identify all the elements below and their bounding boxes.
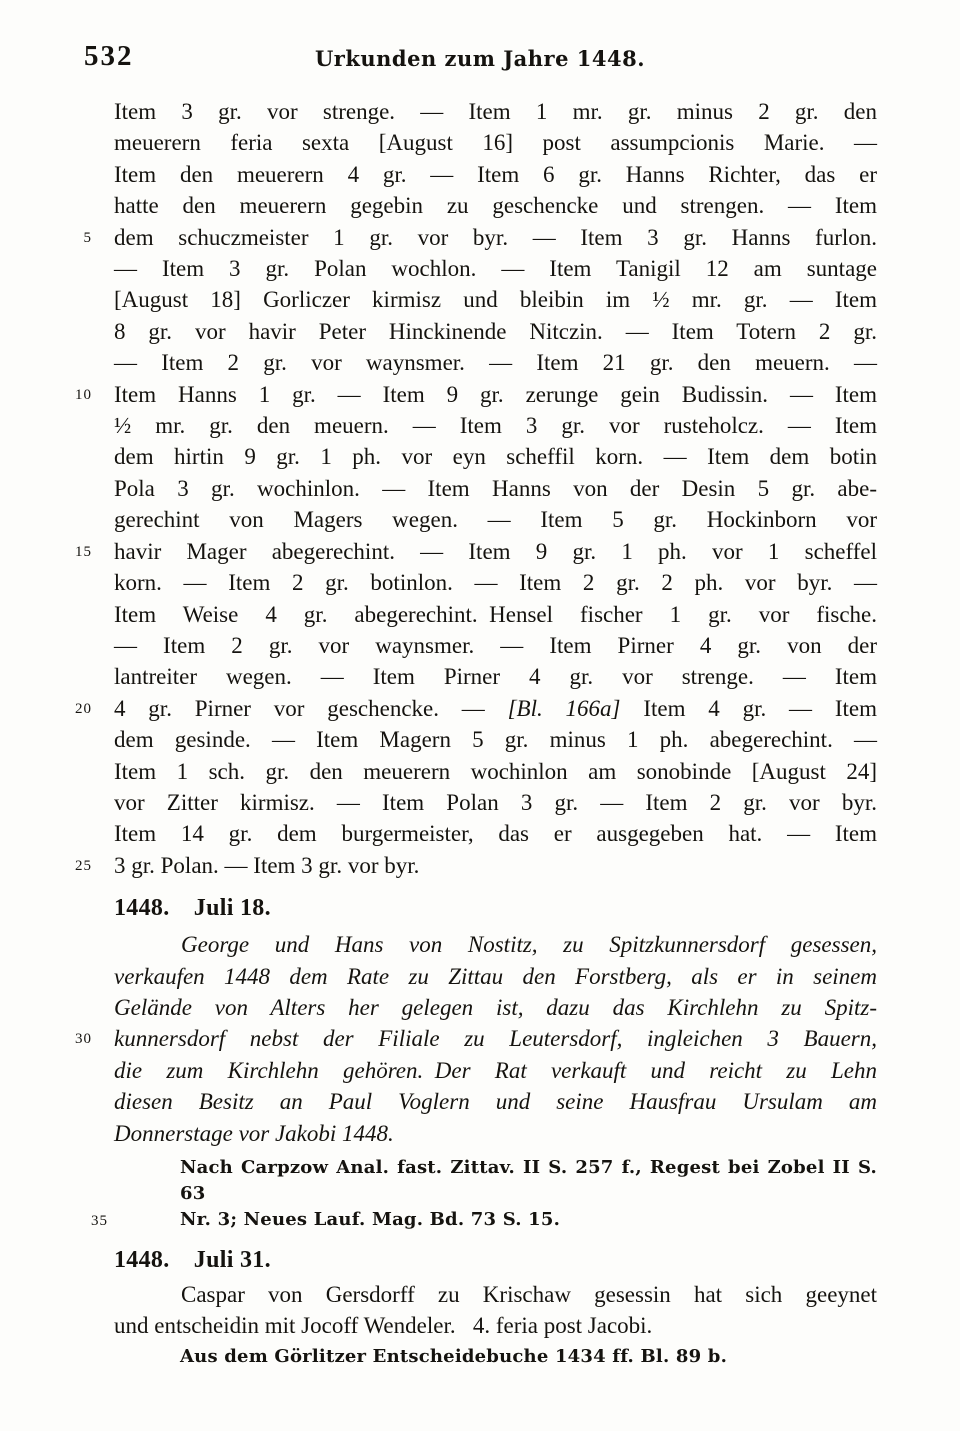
line-text: — Item 3 gr. Polan wochlon. — Item Tanig… <box>114 256 877 281</box>
entry-date-heading-juli-31: 1448. Juli 31. <box>114 1245 877 1275</box>
line-text: 3 gr. Polan. — Item 3 gr. vor byr. <box>114 853 419 878</box>
line-text: hatte den meuerern gegebin zu geschencke… <box>114 193 877 218</box>
margin-line-number: 20 <box>75 694 92 725</box>
line-text: havir Mager abegerechint. — Item 9 gr. 1… <box>114 539 877 564</box>
text-line: — Item 2 gr. vor waynsmer. — Item Pirner… <box>114 630 877 661</box>
text-line: Item Weise 4 gr. abegerechint. Hensel fi… <box>114 599 877 630</box>
entry-juli31-source-note: Aus dem Görlitzer Entscheidebuche 1434 f… <box>180 1344 877 1370</box>
text-line: korn. — Item 2 gr. botinlon. — Item 2 gr… <box>114 567 877 598</box>
line-text: dem schuczmeister 1 gr. vor byr. — Item … <box>114 225 877 250</box>
text-line: dem gesinde. — Item Magern 5 gr. minus 1… <box>114 724 877 755</box>
line-text: gerechint von Magers wegen. — Item 5 gr.… <box>114 507 877 532</box>
margin-line-number: 25 <box>75 851 92 882</box>
line-text: Item 1 sch. gr. den meuerern wochinlon a… <box>114 759 877 784</box>
line-text: kunnersdorf nebst der Filiale zu Leuters… <box>114 1026 877 1051</box>
text-line: hatte den meuerern gegebin zu geschencke… <box>114 190 877 221</box>
line-text: Gelände von Alters her gelegen ist, dazu… <box>114 995 877 1020</box>
text-line: Caspar von Gersdorff zu Krischaw gesessi… <box>114 1279 877 1310</box>
text-line: vor Zitter kirmisz. — Item Polan 3 gr. —… <box>114 787 877 818</box>
text-line: George und Hans von Nostitz, zu Spitzkun… <box>114 929 877 960</box>
text-line: Item den meuerern 4 gr. — Item 6 gr. Han… <box>114 159 877 190</box>
margin-line-number: 35 <box>91 1208 108 1234</box>
line-text: Aus dem Görlitzer Entscheidebuche 1434 f… <box>180 1346 727 1367</box>
text-line: lantreiter wegen. — Item Pirner 4 gr. vo… <box>114 661 877 692</box>
text-line: diesen Besitz an Paul Voglern und seine … <box>114 1086 877 1117</box>
text-line: Item 14 gr. dem burgermeister, das er au… <box>114 818 877 849</box>
text-line: 8 gr. vor havir Peter Hinckinende Nitczi… <box>114 316 877 347</box>
entry-juli18-source-note: Nach Carpzow Anal. fast. Zittav. II S. 2… <box>180 1155 877 1233</box>
text-line: ½ mr. gr. den meuern. — Item 3 gr. vor r… <box>114 410 877 441</box>
line-text: [August 18] Gorliczer kirmisz und bleibi… <box>114 287 877 312</box>
running-title: Urkunden zum Jahre 1448. <box>0 46 960 71</box>
line-text: Item Weise 4 gr. abegerechint. Hensel fi… <box>114 602 877 627</box>
line-text: Donnerstage vor Jakobi 1448. <box>114 1121 394 1146</box>
text-line: 15 havir Mager abegerechint. — Item 9 gr… <box>114 536 877 567</box>
text-line: [August 18] Gorliczer kirmisz und bleibi… <box>114 284 877 315</box>
text-line: Item 1 sch. gr. den meuerern wochinlon a… <box>114 756 877 787</box>
margin-line-number: 30 <box>75 1024 92 1055</box>
text-line: 10 Item Hanns 1 gr. — Item 9 gr. zerunge… <box>114 379 877 410</box>
line-text: 4 gr. Pirner vor geschencke. — [Bl. 166a… <box>114 696 877 721</box>
line-text: vor Zitter kirmisz. — Item Polan 3 gr. —… <box>114 790 877 815</box>
line-text: Item Hanns 1 gr. — Item 9 gr. zerunge ge… <box>114 382 877 407</box>
margin-line-number: 5 <box>84 223 93 254</box>
text-line: Gelände von Alters her gelegen ist, dazu… <box>114 992 877 1023</box>
text-line: 25 3 gr. Polan. — Item 3 gr. vor byr. <box>114 850 877 881</box>
margin-line-number: 10 <box>75 380 92 411</box>
line-text: lantreiter wegen. — Item Pirner 4 gr. vo… <box>114 664 877 689</box>
text-line: gerechint von Magers wegen. — Item 5 gr.… <box>114 504 877 535</box>
source-note-line: Nach Carpzow Anal. fast. Zittav. II S. 2… <box>180 1155 877 1207</box>
line-text: — Item 2 gr. vor waynsmer. — Item Pirner… <box>114 633 877 658</box>
text-line: die zum Kirchlehn gehören. Der Rat verka… <box>114 1055 877 1086</box>
line-text: dem hirtin 9 gr. 1 ph. vor eyn scheffil … <box>114 444 877 469</box>
text-line: — Item 2 gr. vor waynsmer. — Item 21 gr.… <box>114 347 877 378</box>
scanned-book-page: 532 Urkunden zum Jahre 1448. Item 3 gr. … <box>0 0 960 1431</box>
text-line: verkaufen 1448 dem Rate zu Zittau den Fo… <box>114 961 877 992</box>
margin-line-number: 15 <box>75 537 92 568</box>
source-note-line: 35 Nr. 3; Neues Lauf. Mag. Bd. 73 S. 15. <box>180 1207 877 1233</box>
entry-juli18-regest-paragraph: George und Hans von Nostitz, zu Spitzkun… <box>114 929 877 1149</box>
text-line: — Item 3 gr. Polan wochlon. — Item Tanig… <box>114 253 877 284</box>
line-text: und entscheidin mit Jocoff Wendeler. 4. … <box>114 1313 652 1338</box>
text-line: 20 4 gr. Pirner vor geschencke. — [Bl. 1… <box>114 693 877 724</box>
entry-date-heading-juli-18: 1448. Juli 18. <box>114 893 877 923</box>
entry-accounts-paragraph: Item 3 gr. vor strenge. — Item 1 mr. gr.… <box>114 96 877 881</box>
line-text: Nr. 3; Neues Lauf. Mag. Bd. 73 S. 15. <box>180 1209 560 1230</box>
line-text: verkaufen 1448 dem Rate zu Zittau den Fo… <box>114 964 877 989</box>
line-text: korn. — Item 2 gr. botinlon. — Item 2 gr… <box>114 570 877 595</box>
line-text: George und Hans von Nostitz, zu Spitzkun… <box>181 932 877 957</box>
line-text: ½ mr. gr. den meuern. — Item 3 gr. vor r… <box>114 413 877 438</box>
source-note-line: Aus dem Görlitzer Entscheidebuche 1434 f… <box>180 1344 877 1370</box>
line-text: Nach Carpzow Anal. fast. Zittav. II S. 2… <box>180 1157 877 1204</box>
line-text: 8 gr. vor havir Peter Hinckinende Nitczi… <box>114 319 877 344</box>
line-text: Caspar von Gersdorff zu Krischaw gesessi… <box>181 1282 877 1307</box>
line-text: die zum Kirchlehn gehören. Der Rat verka… <box>114 1058 877 1083</box>
line-text: Item 14 gr. dem burgermeister, das er au… <box>114 821 877 846</box>
entry-juli31-paragraph: Caspar von Gersdorff zu Krischaw gesessi… <box>114 1279 877 1342</box>
text-line: meuerern feria sexta [August 16] post as… <box>114 127 877 158</box>
text-line: 5 dem schuczmeister 1 gr. vor byr. — Ite… <box>114 222 877 253</box>
text-line: dem hirtin 9 gr. 1 ph. vor eyn scheffil … <box>114 441 877 472</box>
text-line: Donnerstage vor Jakobi 1448. <box>114 1118 877 1149</box>
text-column: Item 3 gr. vor strenge. — Item 1 mr. gr.… <box>114 96 877 1370</box>
text-line: Item 3 gr. vor strenge. — Item 1 mr. gr.… <box>114 96 877 127</box>
text-line: Pola 3 gr. wochinlon. — Item Hanns von d… <box>114 473 877 504</box>
line-text: dem gesinde. — Item Magern 5 gr. minus 1… <box>114 727 877 752</box>
line-text: Item den meuerern 4 gr. — Item 6 gr. Han… <box>114 162 877 187</box>
text-line: 30 kunnersdorf nebst der Filiale zu Leut… <box>114 1023 877 1054</box>
text-line: und entscheidin mit Jocoff Wendeler. 4. … <box>114 1310 877 1341</box>
line-text: diesen Besitz an Paul Voglern und seine … <box>114 1089 877 1114</box>
line-text: — Item 2 gr. vor waynsmer. — Item 21 gr.… <box>114 350 877 375</box>
line-text: Item 3 gr. vor strenge. — Item 1 mr. gr.… <box>114 99 877 124</box>
line-text: meuerern feria sexta [August 16] post as… <box>114 130 877 155</box>
line-text: Pola 3 gr. wochinlon. — Item Hanns von d… <box>114 476 877 501</box>
